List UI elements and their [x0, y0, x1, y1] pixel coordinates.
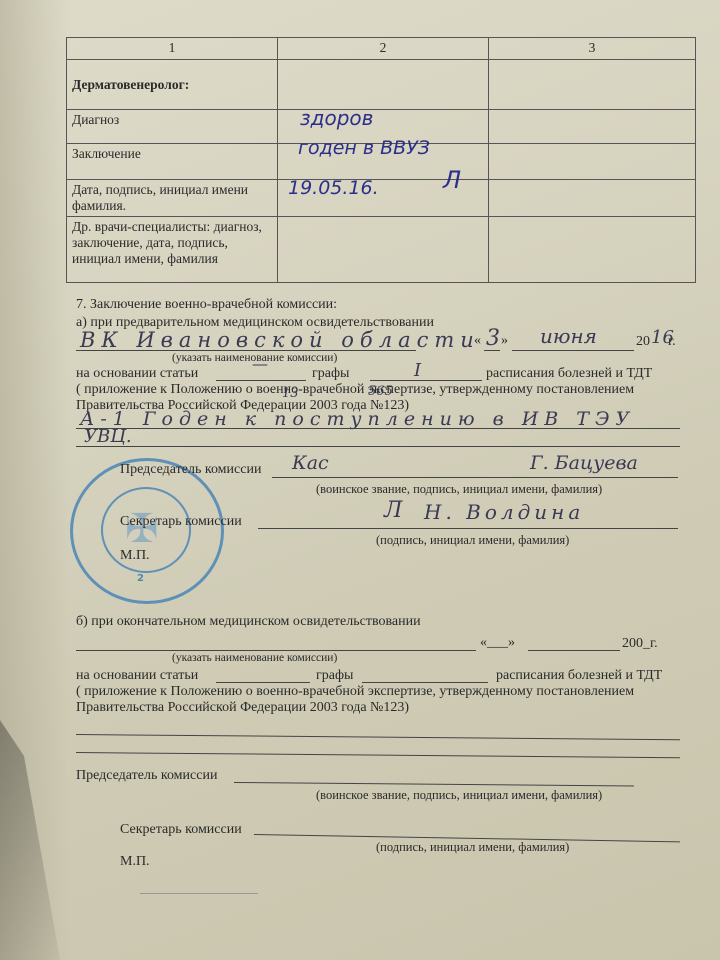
- doctor-signature: Л: [443, 172, 461, 188]
- final-column-label: графы: [316, 668, 353, 684]
- final-appendix-line-2: Правительства Российской Федерации 2003 …: [76, 700, 409, 716]
- section-7-title: 7. Заключение военно-врачебной комиссии:: [76, 297, 337, 313]
- chairman-label: Председатель комиссии: [120, 462, 261, 478]
- final-commission-hint: (указать наименование комиссии): [172, 652, 337, 664]
- final-chairman-hint: (воинское звание, подпись, инициал имени…: [316, 788, 602, 803]
- date-signature-cell[interactable]: 19.05.16. Л: [278, 180, 489, 217]
- secretary-name-handwriting: Н. Волдина: [424, 500, 584, 524]
- cell-value[interactable]: [278, 60, 489, 110]
- final-basis-label: на основании статьи: [76, 668, 198, 684]
- column-header-3: 3: [489, 38, 696, 60]
- final-conclusion-line-2[interactable]: [76, 752, 680, 758]
- year-suffix: г.: [668, 334, 676, 350]
- table-row: Заключение годен в ВВУЗ: [67, 144, 696, 180]
- basis-label: на основании статьи: [76, 366, 198, 382]
- conclusion-handwriting-2: УВЦ.: [84, 426, 132, 447]
- commission-name-handwriting: ВК Ивановской области: [80, 328, 480, 352]
- table-row: Дата, подпись, инициал имени фамилия. 19…: [67, 180, 696, 217]
- final-column-line[interactable]: [362, 682, 488, 683]
- secretary-label: Секретарь комиссии: [120, 514, 242, 530]
- row-label-diagnosis: Диагноз: [67, 110, 278, 144]
- number-correction-handwriting: 565: [368, 384, 393, 399]
- final-article-line[interactable]: [216, 682, 310, 683]
- final-year-placeholder[interactable]: 200_г.: [622, 636, 658, 652]
- secretary-signature-line[interactable]: [258, 528, 678, 529]
- final-month-line[interactable]: [528, 650, 620, 651]
- secretary-signature: Л: [384, 498, 402, 523]
- cell-col3[interactable]: [489, 180, 696, 217]
- secretary-hint: (подпись, инициал имени, фамилия): [376, 533, 569, 548]
- table-header-row: 1 2 3: [67, 38, 696, 60]
- cell-col3[interactable]: [489, 144, 696, 180]
- year-correction-handwriting: 13: [282, 386, 299, 401]
- article-line[interactable]: [216, 380, 306, 381]
- column-label: графы: [312, 366, 349, 382]
- cell-col3[interactable]: [489, 217, 696, 283]
- schedule-label: расписания болезней и ТДТ: [486, 366, 652, 382]
- date-quote-open: «: [474, 333, 481, 349]
- month-line[interactable]: [512, 350, 634, 351]
- column-header-1: 1: [67, 38, 278, 60]
- faint-line: [140, 893, 258, 894]
- final-chairman-label: Председатель комиссии: [76, 768, 217, 784]
- day-line[interactable]: [484, 350, 500, 351]
- table-row: Дерматовенеролог:: [67, 60, 696, 110]
- stamp-number: 2: [137, 573, 144, 584]
- final-conclusion-line-1[interactable]: [76, 734, 680, 740]
- examination-table: 1 2 3 Дерматовенеролог: Диагноз здоров З…: [66, 37, 696, 283]
- month-handwriting: июня: [540, 324, 597, 348]
- appendix-line-1: ( приложение к Положению о военно-врачеб…: [76, 382, 634, 398]
- chairman-signature: Кас: [292, 452, 329, 474]
- table-row: Др. врачи-специалисты: диагноз, заключен…: [67, 217, 696, 283]
- official-stamp: МИНИСТЕРСТВО ОБОРОНЫ РОССИЙСКОЙ ФЕДЕРАЦИ…: [70, 458, 224, 604]
- column-line[interactable]: [370, 380, 482, 381]
- column-handwriting: I: [414, 360, 421, 381]
- article-handwriting: —: [252, 354, 268, 373]
- chairman-signature-line[interactable]: [272, 477, 678, 478]
- conclusion-handwriting: годен в ВВУЗ: [298, 140, 430, 156]
- row-label-date-signature: Дата, подпись, инициал имени фамилия.: [67, 180, 278, 217]
- final-secretary-label: Секретарь комиссии: [120, 822, 242, 838]
- diagnosis-handwriting: здоров: [300, 110, 373, 126]
- year-prefix: 20: [636, 334, 650, 350]
- cell-value[interactable]: [278, 217, 489, 283]
- date-quote-close: »: [501, 333, 508, 349]
- conclusion-line-2[interactable]: [76, 446, 680, 447]
- section-b-heading: б) при окончательном медицинском освидет…: [76, 614, 421, 630]
- date-handwriting: 19.05.16.: [288, 180, 379, 196]
- chairman-hint: (воинское звание, подпись, инициал имени…: [316, 482, 602, 497]
- conclusion-handwriting-1: А-1 Годен к поступлению в ИВ ТЭУ: [80, 408, 635, 430]
- column-header-2: 2: [278, 38, 489, 60]
- final-day-placeholder[interactable]: «___»: [480, 635, 515, 651]
- final-schedule-label: расписания болезней и ТДТ: [496, 668, 662, 684]
- specialist-title: Дерматовенеролог:: [72, 77, 189, 92]
- final-chairman-line[interactable]: [234, 782, 634, 786]
- row-label-conclusion: Заключение: [67, 144, 278, 180]
- day-handwriting: 3: [486, 326, 500, 351]
- cell-col3[interactable]: [489, 110, 696, 144]
- cell-col3[interactable]: [489, 60, 696, 110]
- final-secretary-hint: (подпись, инициал имени, фамилия): [376, 840, 569, 855]
- row-label-other-specialists: Др. врачи-специалисты: диагноз, заключен…: [67, 217, 278, 283]
- final-seal-label: М.П.: [120, 854, 150, 870]
- chairman-name-handwriting: Г. Бацуева: [530, 452, 638, 474]
- seal-label: М.П.: [120, 548, 150, 564]
- final-commission-line[interactable]: [76, 650, 476, 651]
- final-appendix-line-1: ( приложение к Положению о военно-врачеб…: [76, 684, 634, 700]
